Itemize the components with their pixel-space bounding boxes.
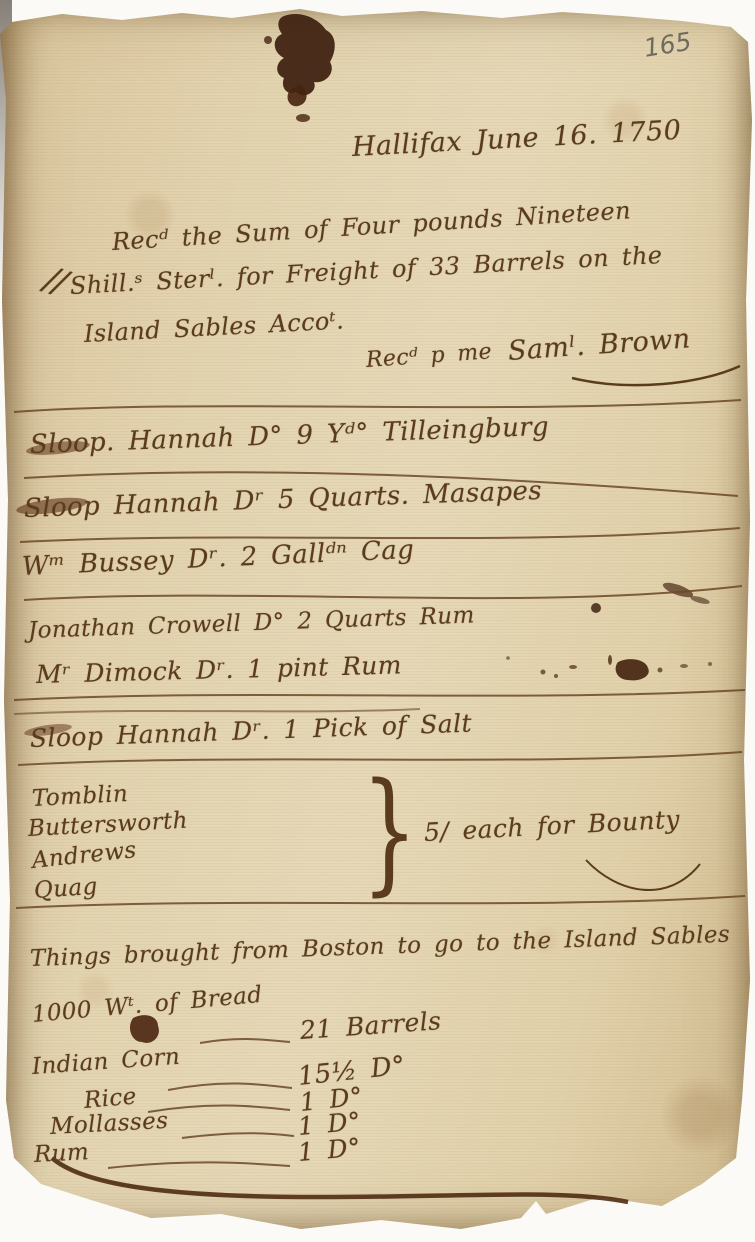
- item-qty: 1 D°: [297, 1133, 362, 1167]
- bounty-name: Tomblin: [31, 781, 128, 812]
- manuscript-scan: 165 Hallifax June 16. 1750 Recᵈ the Sum …: [0, 0, 755, 1242]
- bounty-brace: }: [361, 765, 417, 897]
- bounty-name: Quag: [33, 874, 98, 904]
- item-name: Rum: [33, 1139, 89, 1168]
